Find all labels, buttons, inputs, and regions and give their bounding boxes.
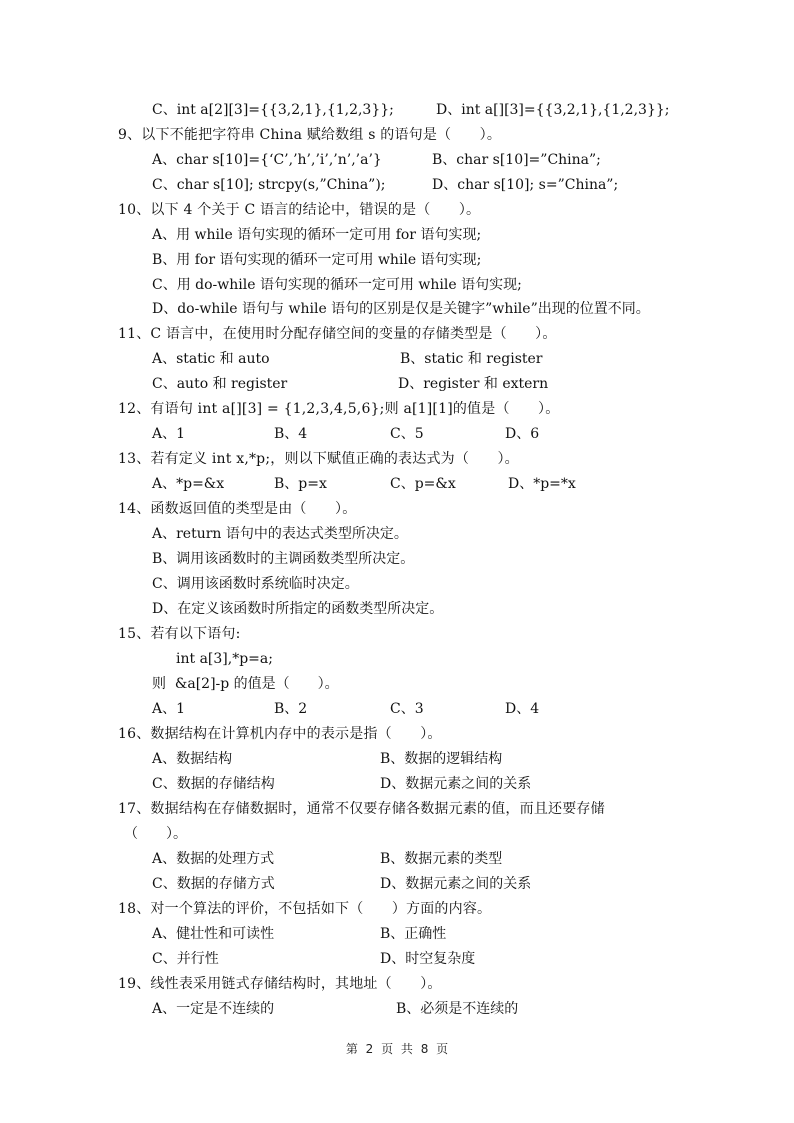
q11-option-c: C、auto 和 register: [152, 375, 287, 393]
q15-stem: 15、若有以下语句:: [118, 625, 241, 643]
q17-option-c: C、数据的存储方式: [152, 875, 275, 893]
q9-option-a: A、char s[10]={‘C’,’h’,’i’,’n’,’a’}: [152, 151, 382, 169]
q14-stem: 14、函数返回值的类型是由（ ）。: [118, 500, 356, 518]
q10-option-d: D、do-while 语句与 while 语句的区别是仅是关键字”while”出…: [152, 300, 650, 318]
q12-stem: 12、有语句 int a[][3] = {1,2,3,4,5,6};则 a[1]…: [118, 400, 559, 418]
q12-option-b: B、4: [274, 425, 307, 443]
q10-option-c: C、用 do-while 语句实现的循环一定可用 while 语句实现;: [152, 276, 522, 294]
q15-option-c: C、3: [390, 700, 424, 718]
q11-stem: 11、C 语言中，在使用时分配存储空间的变量的存储类型是（ ）。: [118, 325, 557, 343]
q10-option-b: B、用 for 语句实现的循环一定可用 while 语句实现;: [152, 251, 481, 269]
q10-option-a: A、用 while 语句实现的循环一定可用 for 语句实现;: [152, 226, 481, 244]
q11-option-d: D、register 和 extern: [398, 375, 548, 393]
q11-option-a: A、static 和 auto: [152, 350, 270, 368]
q9-option-b: B、char s[10]=”China”;: [432, 151, 601, 169]
q15-option-a: A、1: [152, 700, 185, 718]
q16-stem: 16、数据结构在计算机内存中的表示是指（ ）。: [118, 725, 442, 743]
q16-option-c: C、数据的存储结构: [152, 775, 275, 793]
q15-option-d: D、4: [505, 700, 539, 718]
q17-option-b: B、数据元素的类型: [380, 850, 502, 868]
q14-option-d: D、在定义该函数时所指定的函数类型所决定。: [152, 600, 443, 618]
page-number-footer: 第 2 页 共 8 页: [0, 1040, 794, 1057]
q11-option-b: B、static 和 register: [400, 350, 543, 368]
q15-code: int a[3],*p=a;: [176, 650, 273, 668]
q8-option-d: D、int a[][3]={{3,2,1},{1,2,3}};: [436, 101, 669, 119]
q14-option-b: B、调用该函数时的主调函数类型所决定。: [152, 550, 414, 568]
q19-option-b: B、必须是不连续的: [396, 1000, 518, 1018]
q13-option-b: B、p=x: [274, 475, 327, 493]
q14-option-c: C、调用该函数时系统临时决定。: [152, 575, 359, 593]
q16-option-d: D、数据元素之间的关系: [380, 775, 531, 793]
q16-option-b: B、数据的逻辑结构: [380, 750, 502, 768]
q16-option-a: A、数据结构: [152, 750, 232, 768]
q18-option-d: D、时空复杂度: [380, 950, 475, 968]
q13-stem: 13、若有定义 int x,*p;，则以下赋值正确的表达式为（ ）。: [118, 450, 519, 468]
q12-option-c: C、5: [390, 425, 424, 443]
q9-option-d: D、char s[10]; s=”China”;: [432, 176, 618, 194]
q17-option-a: A、数据的处理方式: [152, 850, 274, 868]
q19-option-a: A、一定是不连续的: [152, 1000, 274, 1018]
q17-stem: 17、数据结构在存储数据时，通常不仅要存储各数据元素的值，而且还要存储: [118, 800, 605, 818]
q17-stem-continued: （ ）。: [124, 825, 187, 843]
q13-option-d: D、*p=*x: [508, 475, 576, 493]
q9-stem: 9、以下不能把字符串 China 赋给数组 s 的语句是（ ）。: [118, 126, 501, 144]
q9-option-c: C、char s[10]; strcpy(s,”China”);: [152, 176, 386, 194]
q19-stem: 19、线性表采用链式存储结构时，其地址（ ）。: [118, 975, 442, 993]
q13-option-a: A、*p=&x: [152, 475, 224, 493]
q15-option-b: B、2: [274, 700, 307, 718]
q10-stem: 10、以下 4 个关于 C 语言的结论中，错误的是（ ）。: [118, 201, 480, 219]
q15-stem-continued: 则 &a[2]-p 的值是（ ）。: [152, 675, 339, 693]
q18-stem: 18、对一个算法的评价，不包括如下（ ）方面的内容。: [118, 900, 491, 918]
q12-option-d: D、6: [505, 425, 539, 443]
q18-option-c: C、并行性: [152, 950, 219, 968]
q13-option-c: C、p=&x: [390, 475, 456, 493]
q17-option-d: D、数据元素之间的关系: [380, 875, 531, 893]
q14-option-a: A、return 语句中的表达式类型所决定。: [152, 525, 408, 543]
q8-option-c: C、int a[2][3]={{3,2,1},{1,2,3}};: [152, 101, 394, 119]
q12-option-a: A、1: [152, 425, 185, 443]
q18-option-b: B、正确性: [380, 925, 446, 943]
q18-option-a: A、健壮性和可读性: [152, 925, 274, 943]
